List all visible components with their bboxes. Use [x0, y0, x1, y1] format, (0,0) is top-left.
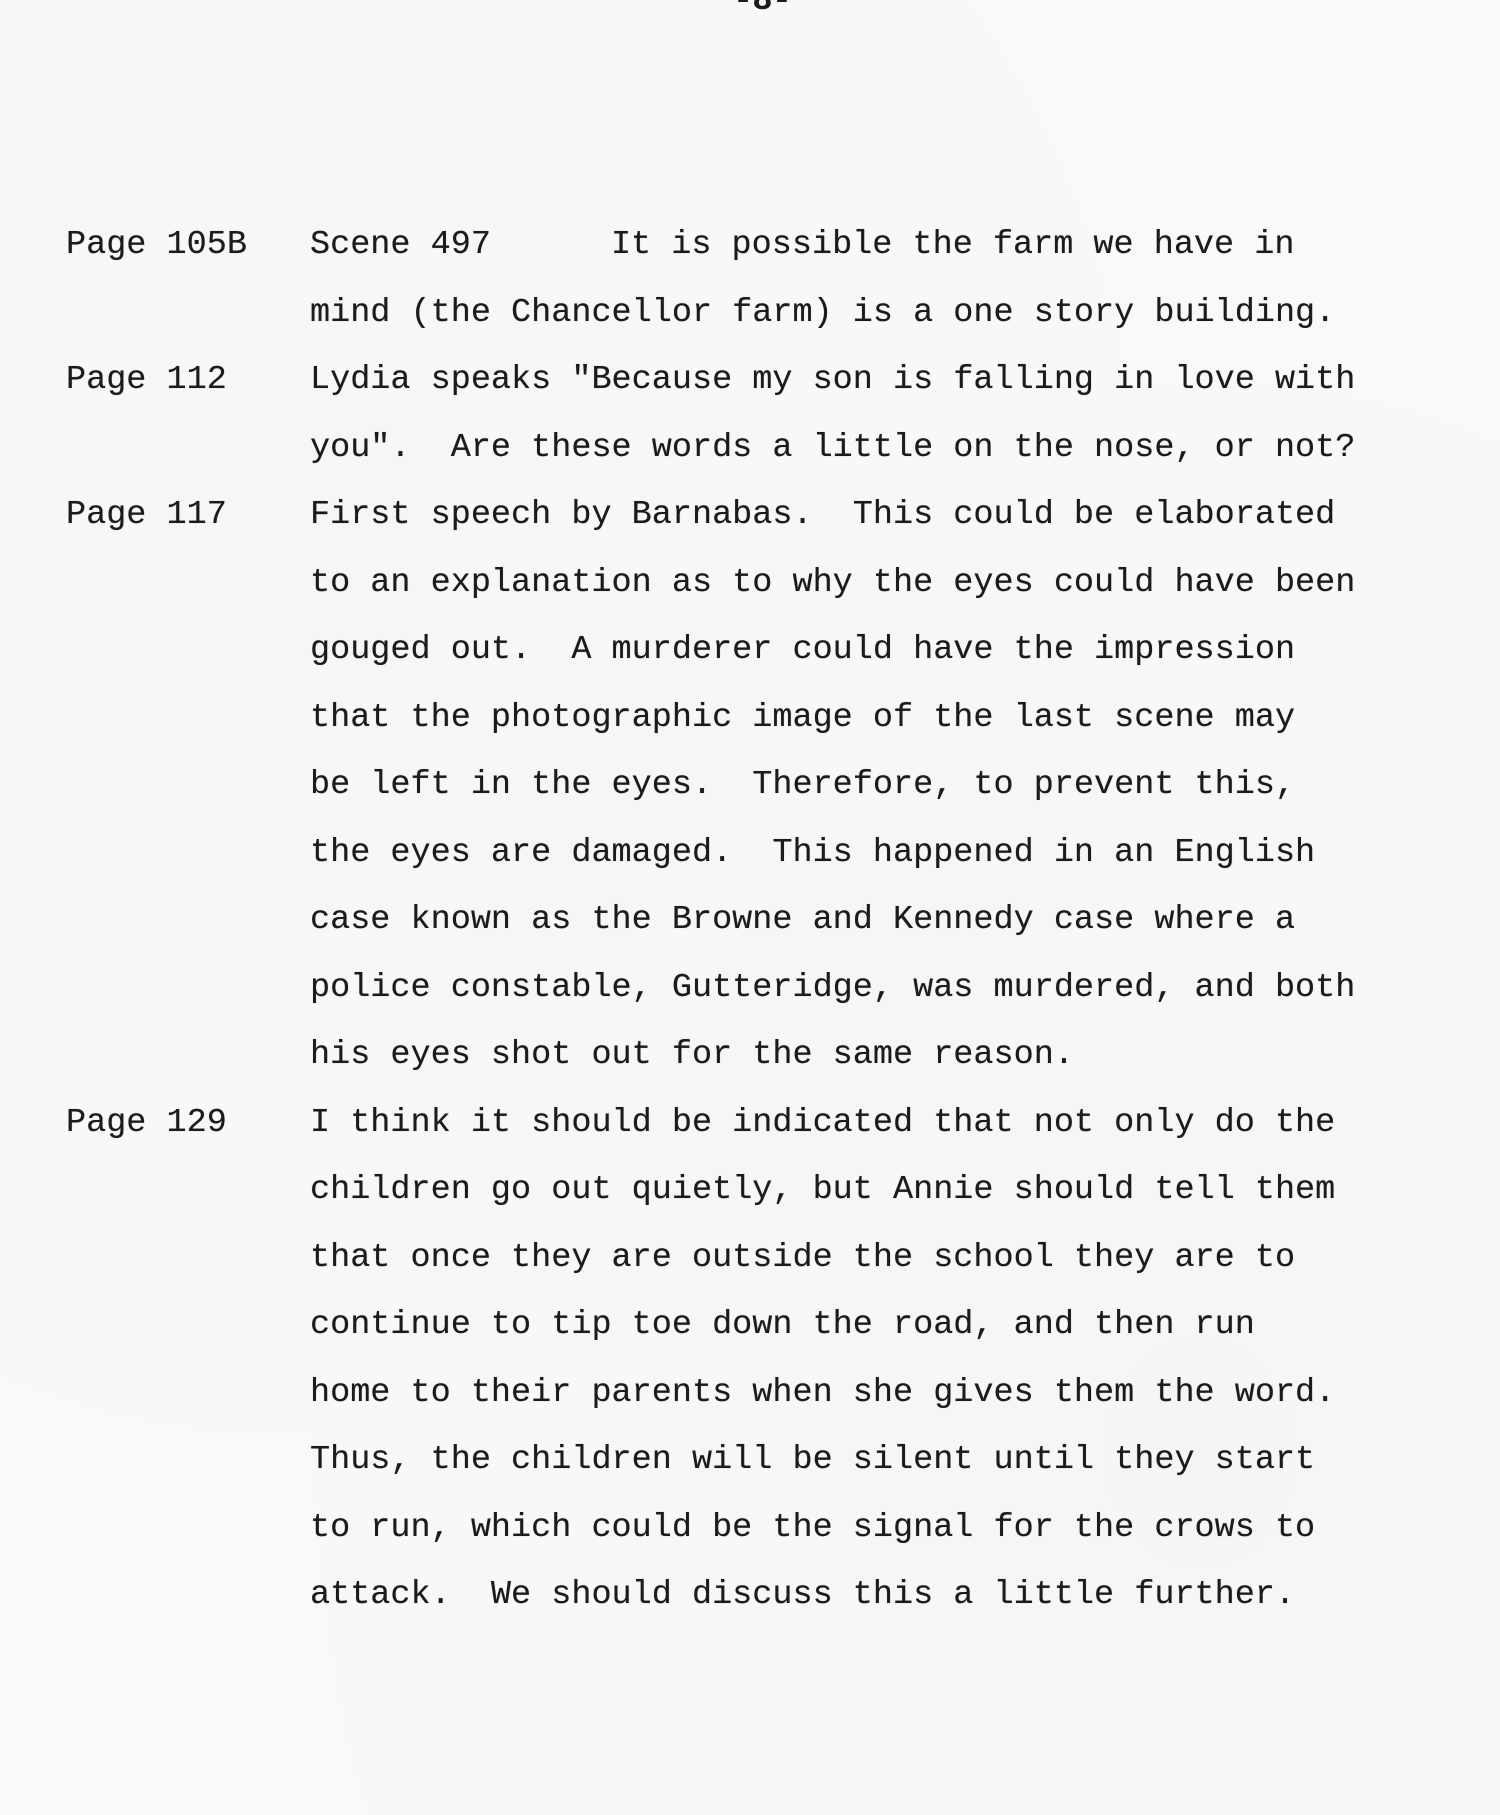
- note-text: case known as the Browne and Kennedy cas…: [310, 896, 1295, 944]
- note-line: police constable, Gutteridge, was murder…: [0, 964, 1500, 1032]
- note-line: gouged out. A murderer could have the im…: [0, 626, 1500, 694]
- script-notes: Page 105B Scene 497It is possible the fa…: [0, 221, 1500, 1639]
- note-text: the eyes are damaged. This happened in a…: [310, 829, 1315, 877]
- note-text: police constable, Gutteridge, was murder…: [310, 964, 1355, 1012]
- note-text: I think it should be indicated that not …: [310, 1099, 1335, 1147]
- note-text: children go out quietly, but Annie shoul…: [310, 1166, 1335, 1214]
- note-text: Lydia speaks "Because my son is falling …: [310, 356, 1355, 404]
- note-text: Thus, the children will be silent until …: [310, 1436, 1315, 1484]
- note-line: Thus, the children will be silent until …: [0, 1436, 1500, 1504]
- typewritten-page: -8- Page 105B Scene 497It is possible th…: [0, 0, 1500, 1815]
- note-line: that once they are outside the school th…: [0, 1234, 1500, 1302]
- note-line: be left in the eyes. Therefore, to preve…: [0, 761, 1500, 829]
- page-reference-label: Page 105B: [66, 221, 247, 269]
- note-text: you". Are these words a little on the no…: [310, 424, 1355, 472]
- note-text: gouged out. A murderer could have the im…: [310, 626, 1295, 674]
- note-text: his eyes shot out for the same reason.: [310, 1031, 1074, 1079]
- note-line: Page 129 I think it should be indicated …: [0, 1099, 1500, 1167]
- note-text: home to their parents when she gives the…: [310, 1369, 1335, 1417]
- note-line: mind (the Chancellor farm) is a one stor…: [0, 289, 1500, 357]
- page-number: -8-: [0, 0, 1500, 18]
- note-text: to an explanation as to why the eyes cou…: [310, 559, 1355, 607]
- note-line: case known as the Browne and Kennedy cas…: [0, 896, 1500, 964]
- page-reference-label: Page 112: [66, 356, 227, 404]
- note-text: mind (the Chancellor farm) is a one stor…: [310, 289, 1335, 337]
- note-line: Page 105B Scene 497It is possible the fa…: [0, 221, 1500, 289]
- note-line: attack. We should discuss this a little …: [0, 1571, 1500, 1639]
- note-line: to run, which could be the signal for th…: [0, 1504, 1500, 1572]
- note-text: continue to tip toe down the road, and t…: [310, 1301, 1255, 1349]
- page-reference-label: Page 117: [66, 491, 227, 539]
- note-line: children go out quietly, but Annie shoul…: [0, 1166, 1500, 1234]
- note-line: Page 112 Lydia speaks "Because my son is…: [0, 356, 1500, 424]
- note-line: you". Are these words a little on the no…: [0, 424, 1500, 492]
- note-text: First speech by Barnabas. This could be …: [310, 491, 1335, 539]
- note-line: Page 117 First speech by Barnabas. This …: [0, 491, 1500, 559]
- note-text: Scene 497It is possible the farm we have…: [310, 221, 1294, 269]
- note-text: be left in the eyes. Therefore, to preve…: [310, 761, 1295, 809]
- note-line: his eyes shot out for the same reason.: [0, 1031, 1500, 1099]
- note-text: attack. We should discuss this a little …: [310, 1571, 1295, 1619]
- note-line: the eyes are damaged. This happened in a…: [0, 829, 1500, 897]
- note-line: continue to tip toe down the road, and t…: [0, 1301, 1500, 1369]
- note-line: home to their parents when she gives the…: [0, 1369, 1500, 1437]
- note-text: to run, which could be the signal for th…: [310, 1504, 1315, 1552]
- page-reference-label: Page 129: [66, 1099, 227, 1147]
- scene-reference: Scene 497: [310, 226, 491, 264]
- note-line: to an explanation as to why the eyes cou…: [0, 559, 1500, 627]
- note-line: that the photographic image of the last …: [0, 694, 1500, 762]
- note-text: that once they are outside the school th…: [310, 1234, 1295, 1282]
- note-text: that the photographic image of the last …: [310, 694, 1295, 742]
